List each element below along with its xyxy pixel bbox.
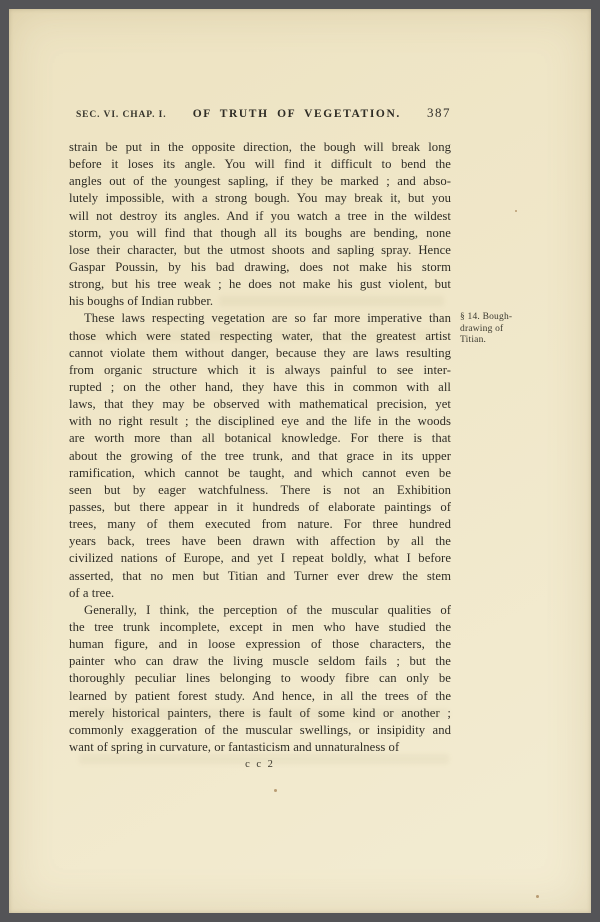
- text-line: commonly exaggeration of the muscular sw…: [69, 722, 451, 739]
- text-line: want of spring in curvature, or fantasti…: [69, 739, 451, 756]
- paper-speck: [274, 789, 277, 792]
- running-title: OF TRUTH OF VEGETATION.: [167, 108, 427, 120]
- margin-note-line: drawing of: [460, 324, 554, 336]
- text-line: years back, trees have been drawn with a…: [69, 533, 451, 550]
- text-line: angles out of the youngest sapling, if t…: [69, 173, 451, 190]
- text-line: the tree trunk incomplete, except in men…: [69, 619, 451, 636]
- text-line: seen but by eager watchfulness. There is…: [69, 482, 451, 499]
- text-line: before it loses its angle. You will find…: [69, 156, 451, 173]
- scan-border: SEC. VI. CHAP. I. OF TRUTH OF VEGETATION…: [0, 0, 600, 922]
- text-line: strong, but his tree weak ; he does not …: [69, 276, 451, 293]
- text-line: painter who can draw the living muscle s…: [69, 653, 451, 670]
- text-line: lose their character, but the utmost sho…: [69, 242, 451, 259]
- text-line: asserted, that no men but Titian and Tur…: [69, 568, 451, 585]
- text-line: cannot violate them without danger, beca…: [69, 345, 451, 362]
- paper-speck: [515, 210, 517, 212]
- running-header: SEC. VI. CHAP. I. OF TRUTH OF VEGETATION…: [69, 105, 451, 123]
- text-line: Generally, I think, the perception of th…: [69, 602, 451, 619]
- text-line: Gaspar Poussin, by his bad drawing, does…: [69, 259, 451, 276]
- margin-note: § 14. Bough-drawing ofTitian.: [460, 312, 554, 347]
- text-line: with no right result ; the disciplined e…: [69, 413, 451, 430]
- text-line: These laws respecting vegetation are so …: [69, 310, 451, 327]
- text-line: of a tree.: [69, 585, 451, 602]
- text-line: rupted ; on the other hand, they have th…: [69, 379, 451, 396]
- text-line: his boughs of Indian rubber.: [69, 293, 451, 310]
- text-line: passes, but there appear in it hundreds …: [69, 499, 451, 516]
- text-line: lutely impossible, with a strong bough. …: [69, 190, 451, 207]
- text-line: ramification, which cannot be taught, an…: [69, 465, 451, 482]
- body-text: strain be put in the opposite direction,…: [69, 139, 451, 756]
- text-line: merely historical painters, there is fau…: [69, 705, 451, 722]
- text-line: laws, that they may be observed with mat…: [69, 396, 451, 413]
- paper-speck: [536, 895, 539, 898]
- text-line: about the growing of the tree trunk, and…: [69, 448, 451, 465]
- text-line: thoroughly peculiar lines belonging to w…: [69, 670, 451, 687]
- text-line: those which were stated respecting water…: [69, 328, 451, 345]
- text-line: storm, you will find that though all its…: [69, 225, 451, 242]
- text-line: are worth more than all botanical knowle…: [69, 430, 451, 447]
- text-line: strain be put in the opposite direction,…: [69, 139, 451, 156]
- text-line: human figure, and in loose expression of…: [69, 636, 451, 653]
- page-number: 387: [427, 105, 451, 121]
- text-line: trees, many of them executed from nature…: [69, 516, 451, 533]
- text-line: civilized nations of Europe, and yet I r…: [69, 550, 451, 567]
- text-line: from organic structure which it is alway…: [69, 362, 451, 379]
- margin-note-line: § 14. Bough-: [460, 312, 554, 324]
- margin-note-line: Titian.: [460, 335, 554, 347]
- section-chapter-label: SEC. VI. CHAP. I.: [76, 110, 167, 120]
- text-line: will not destroy its angles. And if you …: [69, 208, 451, 225]
- signature-mark: c c 2: [69, 759, 451, 770]
- text-line: learned by patient forest study. And hen…: [69, 688, 451, 705]
- book-page: SEC. VI. CHAP. I. OF TRUTH OF VEGETATION…: [9, 9, 591, 913]
